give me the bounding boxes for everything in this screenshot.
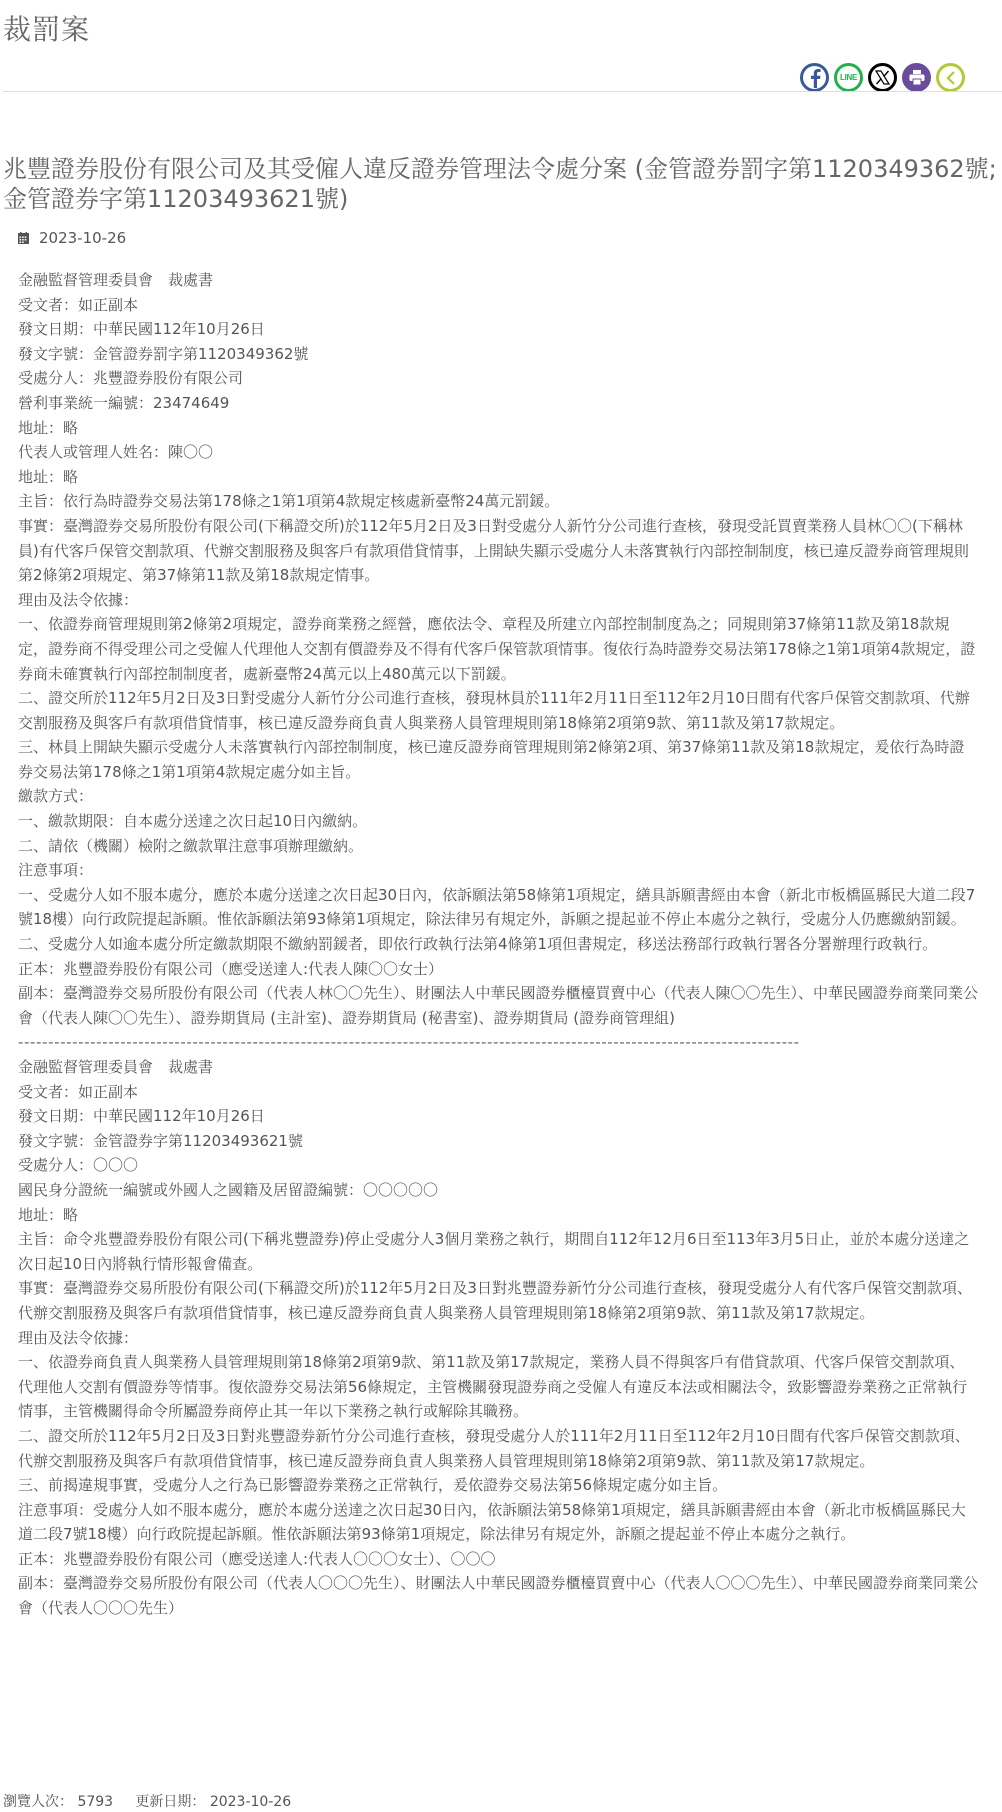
paragraph: 繳款方式： [18,784,978,809]
paragraph: 理由及法令依據： [18,588,978,613]
views-count: 5793 [77,1794,113,1810]
paragraph: 地址：略 [18,1203,978,1228]
updated-date: 2023-10-26 [210,1794,291,1810]
paragraph: 副本：臺灣證券交易所股份有限公司（代表人〇〇〇先生）、財團法人中華民國證券櫃檯買… [18,1571,978,1620]
paragraph: 國民身分證統一編號或外國人之國籍及居留證編號：〇〇〇〇〇 [18,1178,978,1203]
paragraph: 副本：臺灣證券交易所股份有限公司（代表人林〇〇先生）、財團法人中華民國證券櫃檯買… [18,981,978,1030]
paragraph: 發文日期：中華民國112年10月26日 [18,1104,978,1129]
paragraph: 地址：略 [18,465,978,490]
article-title: 兆豐證券股份有限公司及其受僱人違反證券管理法令處分案 (金管證券罰字第11203… [3,154,998,214]
paragraph: 二、證交所於112年5月2日及3日對兆豐證券新竹分公司進行查核，發現受處分人於1… [18,1424,978,1473]
paragraph: 二、證交所於112年5月2日及3日對受處分人新竹分公司進行查核，發現林員於111… [18,686,978,735]
updated-label: 更新日期： [135,1794,205,1810]
doc-heading: 金融監督管理委員會 裁處書 [18,1055,978,1080]
paragraph: 一、依證券商管理規則第2條第2項規定，證券商業務之經營，應依法令、章程及所建立內… [18,612,978,686]
paragraph: 受文者：如正副本 [18,1080,978,1105]
print-button[interactable] [902,63,931,92]
paragraph: 代表人或管理人姓名：陳〇〇 [18,440,978,465]
paragraph: 一、依證券商負責人與業務人員管理規則第18條第2項第9款、第11款及第17款規定… [18,1350,978,1424]
paragraph: 一、繳款期限：自本處分送達之次日起10日內繳納。 [18,809,978,834]
paragraph: 二、請依（機關）檢附之繳款單注意事項辦理繳納。 [18,834,978,859]
paragraph: 注意事項： [18,858,978,883]
calendar-icon [18,232,29,244]
paragraph: 發文字號：金管證券字第11203493621號 [18,1129,978,1154]
paragraph: 主旨：命令兆豐證券股份有限公司(下稱兆豐證券)停止受處分人3個月業務之執行，期間… [18,1227,978,1276]
page-stats: 瀏覽人次： 5793 更新日期： 2023-10-26 [3,1791,291,1811]
line-share-button[interactable]: LINE [834,63,863,92]
paragraph: 受處分人：兆豐證券股份有限公司 [18,366,978,391]
paragraph: 注意事項：受處分人如不服本處分，應於本處分送達之次日起30日內，依訴願法第58條… [18,1498,978,1547]
publish-date-row: 2023-10-26 [18,229,126,247]
print-icon [909,70,925,85]
paragraph: 事實：臺灣證券交易所股份有限公司(下稱證交所)於112年5月2日及3日對兆豐證券… [18,1276,978,1325]
paragraph: 二、受處分人如逾本處分所定繳款期限不繳納罰鍰者，即依行政執行法第4條第1項但書規… [18,932,978,957]
views-label: 瀏覽人次： [3,1794,73,1810]
facebook-share-button[interactable] [800,63,829,92]
paragraph: 受處分人：〇〇〇 [18,1153,978,1178]
paragraph: 事實：臺灣證券交易所股份有限公司(下稱證交所)於112年5月2日及3日對受處分人… [18,514,978,588]
section-separator: ----------------------------------------… [18,1030,800,1055]
paragraph: 正本：兆豐證券股份有限公司（應受送達人:代表人〇〇〇女士）、〇〇〇 [18,1547,978,1572]
article-body: 金融監督管理委員會 裁處書 受文者：如正副本 發文日期：中華民國112年10月2… [18,268,978,1621]
publish-date: 2023-10-26 [39,229,126,247]
paragraph: 營利事業統一編號：23474649 [18,391,978,416]
header-divider [3,91,1002,92]
paragraph: 發文字號：金管證券罰字第1120349362號 [18,342,978,367]
line-icon: LINE [840,73,857,82]
x-icon [875,70,890,85]
doc-heading: 金融監督管理委員會 裁處書 [18,268,978,293]
paragraph: 正本：兆豐證券股份有限公司（應受送達人:代表人陳〇〇女士） [18,957,978,982]
chevron-left-icon [946,71,956,85]
paragraph: 三、前揭違規事實，受處分人之行為已影響證券業務之正常執行，爰依證券交易法第56條… [18,1473,978,1498]
paragraph: 發文日期：中華民國112年10月26日 [18,317,978,342]
paragraph: 主旨：依行為時證券交易法第178條之1第1項第4款規定核處新臺幣24萬元罰鍰。 [18,489,978,514]
x-share-button[interactable] [868,63,897,92]
paragraph: 地址：略 [18,416,978,441]
page-heading: 裁罰案 [3,8,90,48]
facebook-icon [808,68,822,88]
paragraph: 理由及法令依據： [18,1326,978,1351]
back-button[interactable] [936,63,965,92]
paragraph: 受文者：如正副本 [18,293,978,318]
paragraph: 三、林員上開缺失顯示受處分人未落實執行內部控制制度，核已違反證券商管理規則第2條… [18,735,978,784]
paragraph: 一、受處分人如不服本處分，應於本處分送達之次日起30日內，依訴願法第58條第1項… [18,883,978,932]
